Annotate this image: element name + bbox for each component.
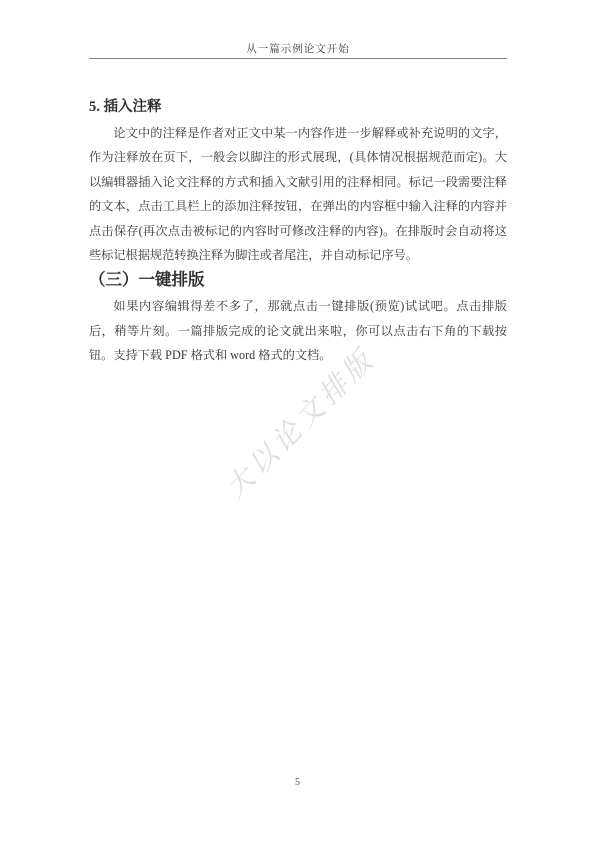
document-page: 从一篇示例论文开始 5. 插入注释 论文中的注释是作者对正文中某一内容作进一步解…	[0, 0, 595, 842]
page-number: 5	[0, 777, 595, 788]
paragraph-one-click-typeset: 如果内容编辑得差不多了，那就点击一键排版(预览)试试吧。点击排版后，稍等片刻。一…	[89, 294, 507, 367]
section-heading-insert-annotation: 5. 插入注释	[89, 99, 507, 115]
text-column: 5. 插入注释 论文中的注释是作者对正文中某一内容作进一步解释或补充说明的文字，…	[89, 0, 507, 368]
section-heading-one-click-typeset: （三）一键排版	[89, 271, 507, 289]
paragraph-insert-annotation: 论文中的注释是作者对正文中某一内容作进一步解释或补充说明的文字，作为注释放在页下…	[89, 121, 507, 267]
